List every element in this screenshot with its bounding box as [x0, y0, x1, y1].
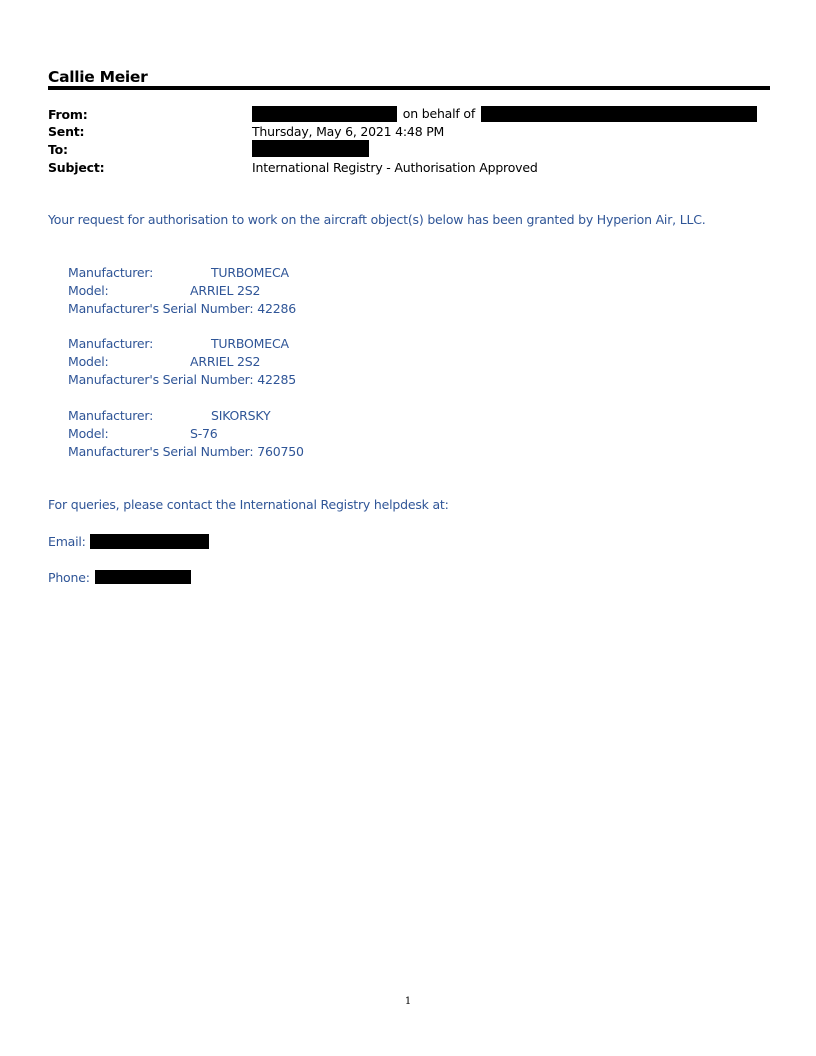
intro-paragraph: Your request for authorisation to work o… [48, 212, 706, 227]
email-printout-page: Callie Meier From: on behalf of Sent: Th… [0, 0, 816, 1056]
phone-line: Phone: [48, 570, 191, 585]
header-divider [48, 86, 770, 90]
from-value: on behalf of [252, 106, 757, 122]
aircraft-object-3: Manufacturer:SIKORSKY Model:S-76 Manufac… [68, 407, 304, 461]
email-label: Email: [48, 534, 86, 549]
on-behalf-text: on behalf of [403, 106, 475, 121]
model-value: ARRIEL 2S2 [190, 282, 260, 300]
redacted-on-behalf [481, 106, 757, 122]
serial-label: Manufacturer's Serial Number: [68, 372, 253, 387]
sent-label: Sent: [48, 124, 84, 139]
redacted-phone [95, 570, 191, 584]
subject-label: Subject: [48, 160, 104, 175]
sent-value: Thursday, May 6, 2021 4:48 PM [252, 124, 444, 139]
serial-value: 760750 [257, 444, 304, 459]
manufacturer-value: TURBOMECA [211, 335, 289, 353]
redacted-recipient [252, 140, 369, 157]
manufacturer-label: Manufacturer: [68, 265, 153, 280]
to-value [252, 140, 369, 157]
model-label: Model: [68, 283, 109, 298]
from-label: From: [48, 107, 88, 122]
serial-value: 42285 [257, 372, 296, 387]
model-label: Model: [68, 426, 109, 441]
subject-value: International Registry - Authorisation A… [252, 160, 538, 175]
serial-label: Manufacturer's Serial Number: [68, 444, 253, 459]
manufacturer-label: Manufacturer: [68, 336, 153, 351]
serial-label: Manufacturer's Serial Number: [68, 301, 253, 316]
aircraft-object-2: Manufacturer:TURBOMECA Model:ARRIEL 2S2 … [68, 335, 296, 389]
redacted-sender [252, 106, 397, 122]
model-label: Model: [68, 354, 109, 369]
model-value: S-76 [190, 425, 218, 443]
to-label: To: [48, 142, 68, 157]
model-value: ARRIEL 2S2 [190, 353, 260, 371]
manufacturer-value: SIKORSKY [211, 407, 270, 425]
manufacturer-label: Manufacturer: [68, 408, 153, 423]
serial-value: 42286 [257, 301, 296, 316]
mailbox-owner-name: Callie Meier [48, 68, 148, 86]
manufacturer-value: TURBOMECA [211, 264, 289, 282]
redacted-email [90, 534, 209, 549]
queries-paragraph: For queries, please contact the Internat… [48, 497, 449, 512]
email-line: Email: [48, 534, 209, 549]
phone-label: Phone: [48, 570, 90, 585]
aircraft-object-1: Manufacturer:TURBOMECA Model:ARRIEL 2S2 … [68, 264, 296, 318]
page-number: 1 [0, 996, 816, 1007]
